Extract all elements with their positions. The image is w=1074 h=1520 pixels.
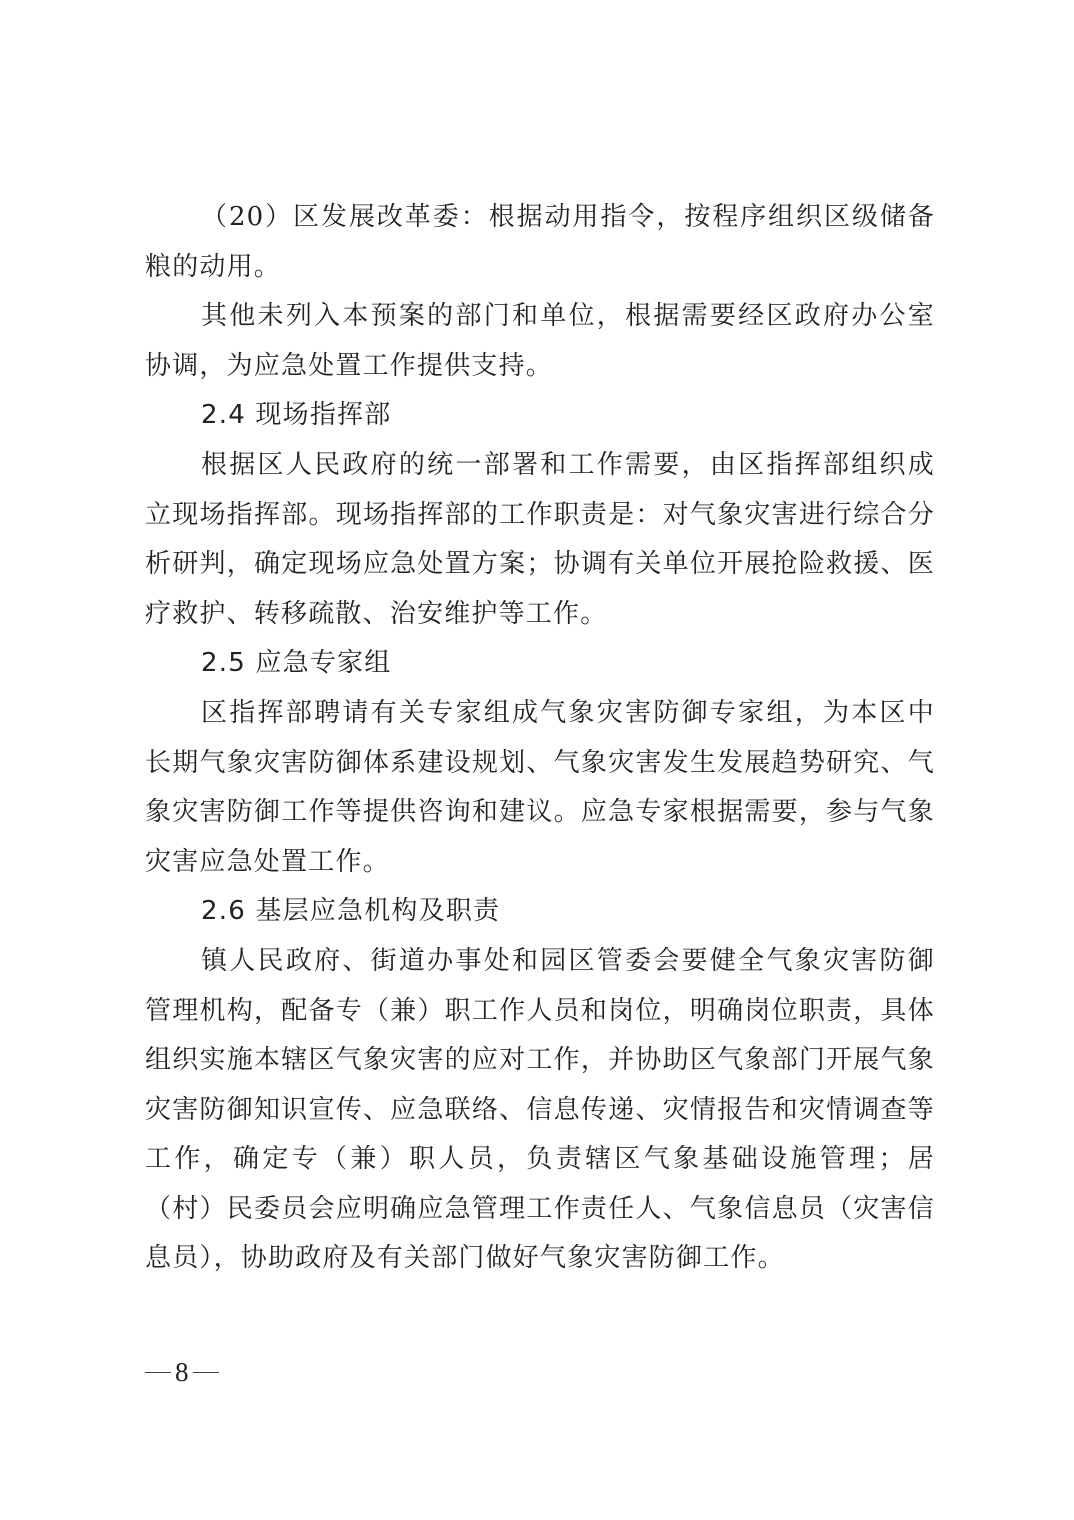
document-body: （20）区发展改革委：根据动用指令，按程序组织区级储备粮的动用。 其他未列入本预… [145, 193, 935, 1284]
page-footer: 8 [145, 1357, 219, 1388]
paragraph-dev-reform-commission: （20）区发展改革委：根据动用指令，按程序组织区级储备粮的动用。 [145, 193, 935, 292]
paragraph-onsite-command: 根据区人民政府的统一部署和工作需要，由区指挥部组织成立现场指挥部。现场指挥部的工… [145, 441, 935, 639]
section-heading-2-4: 2.4 现场指挥部 [145, 391, 935, 441]
paragraph-other-departments: 其他未列入本预案的部门和单位，根据需要经区政府办公室协调，为应急处置工作提供支持… [145, 292, 935, 391]
paragraph-grassroots-agencies: 镇人民政府、街道办事处和园区管委会要健全气象灾害防御管理机构，配备专（兼）职工作… [145, 937, 935, 1284]
paragraph-expert-group: 区指挥部聘请有关专家组成气象灾害防御专家组，为本区中长期气象灾害防御体系建设规划… [145, 689, 935, 887]
page-number: 8 [175, 1357, 189, 1388]
footer-dash-left [145, 1372, 171, 1373]
section-heading-2-5: 2.5 应急专家组 [145, 639, 935, 689]
document-page: （20）区发展改革委：根据动用指令，按程序组织区级储备粮的动用。 其他未列入本预… [0, 0, 1074, 1520]
section-heading-2-6: 2.6 基层应急机构及职责 [145, 887, 935, 937]
footer-dash-right [193, 1372, 219, 1373]
